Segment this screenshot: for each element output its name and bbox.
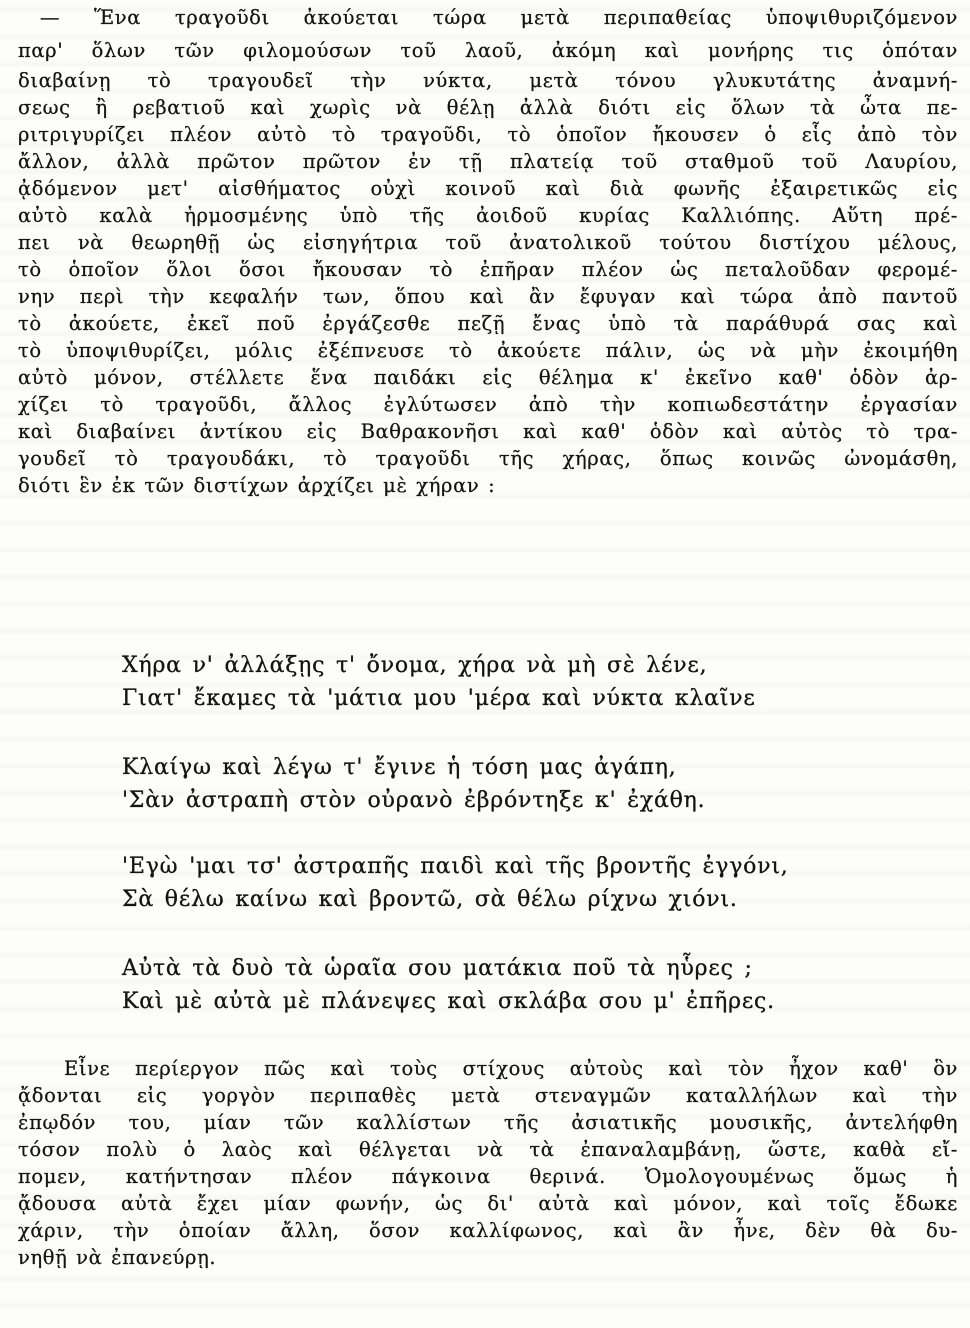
verse-line: 'Σὰν ἀστραπὴ στὸν οὐρανὸ ἐβρόντηξε κ' ἐχ… <box>122 785 705 817</box>
text-line: διαβαίνῃ τὸ τραγουδεῖ τὴν νύκτα, μετὰ τό… <box>18 67 958 94</box>
verse-line: Καὶ μὲ αὐτὰ μὲ πλάνεψες καὶ σκλάβα σου μ… <box>122 986 775 1018</box>
text-line: νην περὶ τὴν κεφαλήν των, ὅπου καὶ ἂν ἔφ… <box>18 283 958 310</box>
text-line: τὸ ὁποῖον ὅλοι ὅσοι ἤκουσαν τὸ ἐπῆραν πλ… <box>18 256 958 283</box>
verse-line: Χήρα ν' ἀλλάξῃς τ' ὄνομα, χήρα νὰ μὴ σὲ … <box>122 650 707 682</box>
text-line: νηθῇ νὰ ἐπανεύρῃ. <box>18 1244 958 1271</box>
verse-line: Γιατ' ἔκαμες τὰ 'μάτια μου 'μέρα καὶ νύκ… <box>122 683 756 715</box>
text-line: πει νὰ θεωρηθῇ ὡς εἰσηγήτρια τοῦ ἀνατολι… <box>18 229 958 256</box>
verse-line: 'Εγὼ 'μαι τσ' ἀστραπῆς παιδὶ καὶ τῆς βρο… <box>122 851 789 883</box>
text-line: χάριν, τὴν ὁποίαν ἄλλη, ὅσον καλλίφωνος,… <box>18 1217 958 1244</box>
text-line: καὶ διαβαίνει ἀντίκου εἰς Βαθρακονῆσι κα… <box>18 418 958 445</box>
text-line: — Ἕνα τραγοῦδι ἀκούεται τώρα μετὰ περιπα… <box>40 4 958 31</box>
text-line: τὸ ἀκούετε, ἐκεῖ ποῦ ἐργάζεσθε πεζῇ ἔνας… <box>18 310 958 337</box>
verse-line: Αὐτὰ τὰ δυὸ τὰ ὡραῖα σου ματάκια ποῦ τὰ … <box>122 953 753 985</box>
text-line: ᾄδονται εἰς γοργὸν περιπαθὲς μετὰ στεναγ… <box>18 1082 958 1109</box>
text-line: πομεν, κατήντησαν πλέον πάγκοινα θερινά.… <box>18 1163 958 1190</box>
verse-line: Σὰ θέλω καίνω καὶ βροντῶ, σὰ θέλω ρίχνω … <box>122 884 738 916</box>
verse-line: Κλαίγω καὶ λέγω τ' ἔγινε ἡ τόση μας ἀγάπ… <box>122 752 677 784</box>
text-line: σεως ἢ ρεβατιοῦ καὶ χωρὶς νὰ θέλῃ ἀλλὰ δ… <box>18 94 958 121</box>
scanned-page: — Ἕνα τραγοῦδι ἀκούεται τώρα μετὰ περιπα… <box>0 0 970 1328</box>
text-line: τόσον πολὺ ὁ λαὸς καὶ θέλγεται νὰ τὰ ἐπα… <box>18 1136 958 1163</box>
text-line: αὐτὸ μόνον, στέλλετε ἕνα παιδάκι εἰς θέλ… <box>18 364 958 391</box>
text-line: γουδεῖ τὸ τραγουδάκι, τὸ τραγοῦδι τῆς χή… <box>18 445 958 472</box>
text-line: ᾀδόμενον μετ' αἰσθήματος οὐχὶ κοινοῦ καὶ… <box>18 175 958 202</box>
text-line: ριτριγυρίζει πλέον αὐτὸ τὸ τραγοῦδι, τὸ … <box>18 121 958 148</box>
text-line: ἐπῳδόν του, μίαν τῶν καλλίστων τῆς ἀσιατ… <box>18 1109 958 1136</box>
text-line: παρ' ὅλων τῶν φιλομούσων τοῦ λαοῦ, ἀκόμη… <box>18 37 958 64</box>
text-line: διότι ἓν ἐκ τῶν διστίχων ἀρχίζει μὲ χήρα… <box>18 472 958 499</box>
text-line: τὸ ὑποψιθυρίζει, μόλις ἐξέπνευσε τὸ ἀκού… <box>18 337 958 364</box>
text-line: ᾄδουσα αὐτὰ ἔχει μίαν φωνήν, ὡς δι' αὐτὰ… <box>18 1190 958 1217</box>
text-line: ἄλλον, ἀλλὰ πρῶτον πρῶτον ἐν τῇ πλατείᾳ … <box>18 148 958 175</box>
text-line: Εἶνε περίεργον πῶς καὶ τοὺς στίχους αὐτο… <box>64 1055 958 1082</box>
text-line: χίζει τὸ τραγοῦδι, ἄλλος ἐγλύτωσεν ἀπὸ τ… <box>18 391 958 418</box>
text-line: αὐτὸ καλὰ ἡρμοσμένης ὑπὸ τῆς ἀοιδοῦ κυρί… <box>18 202 958 229</box>
